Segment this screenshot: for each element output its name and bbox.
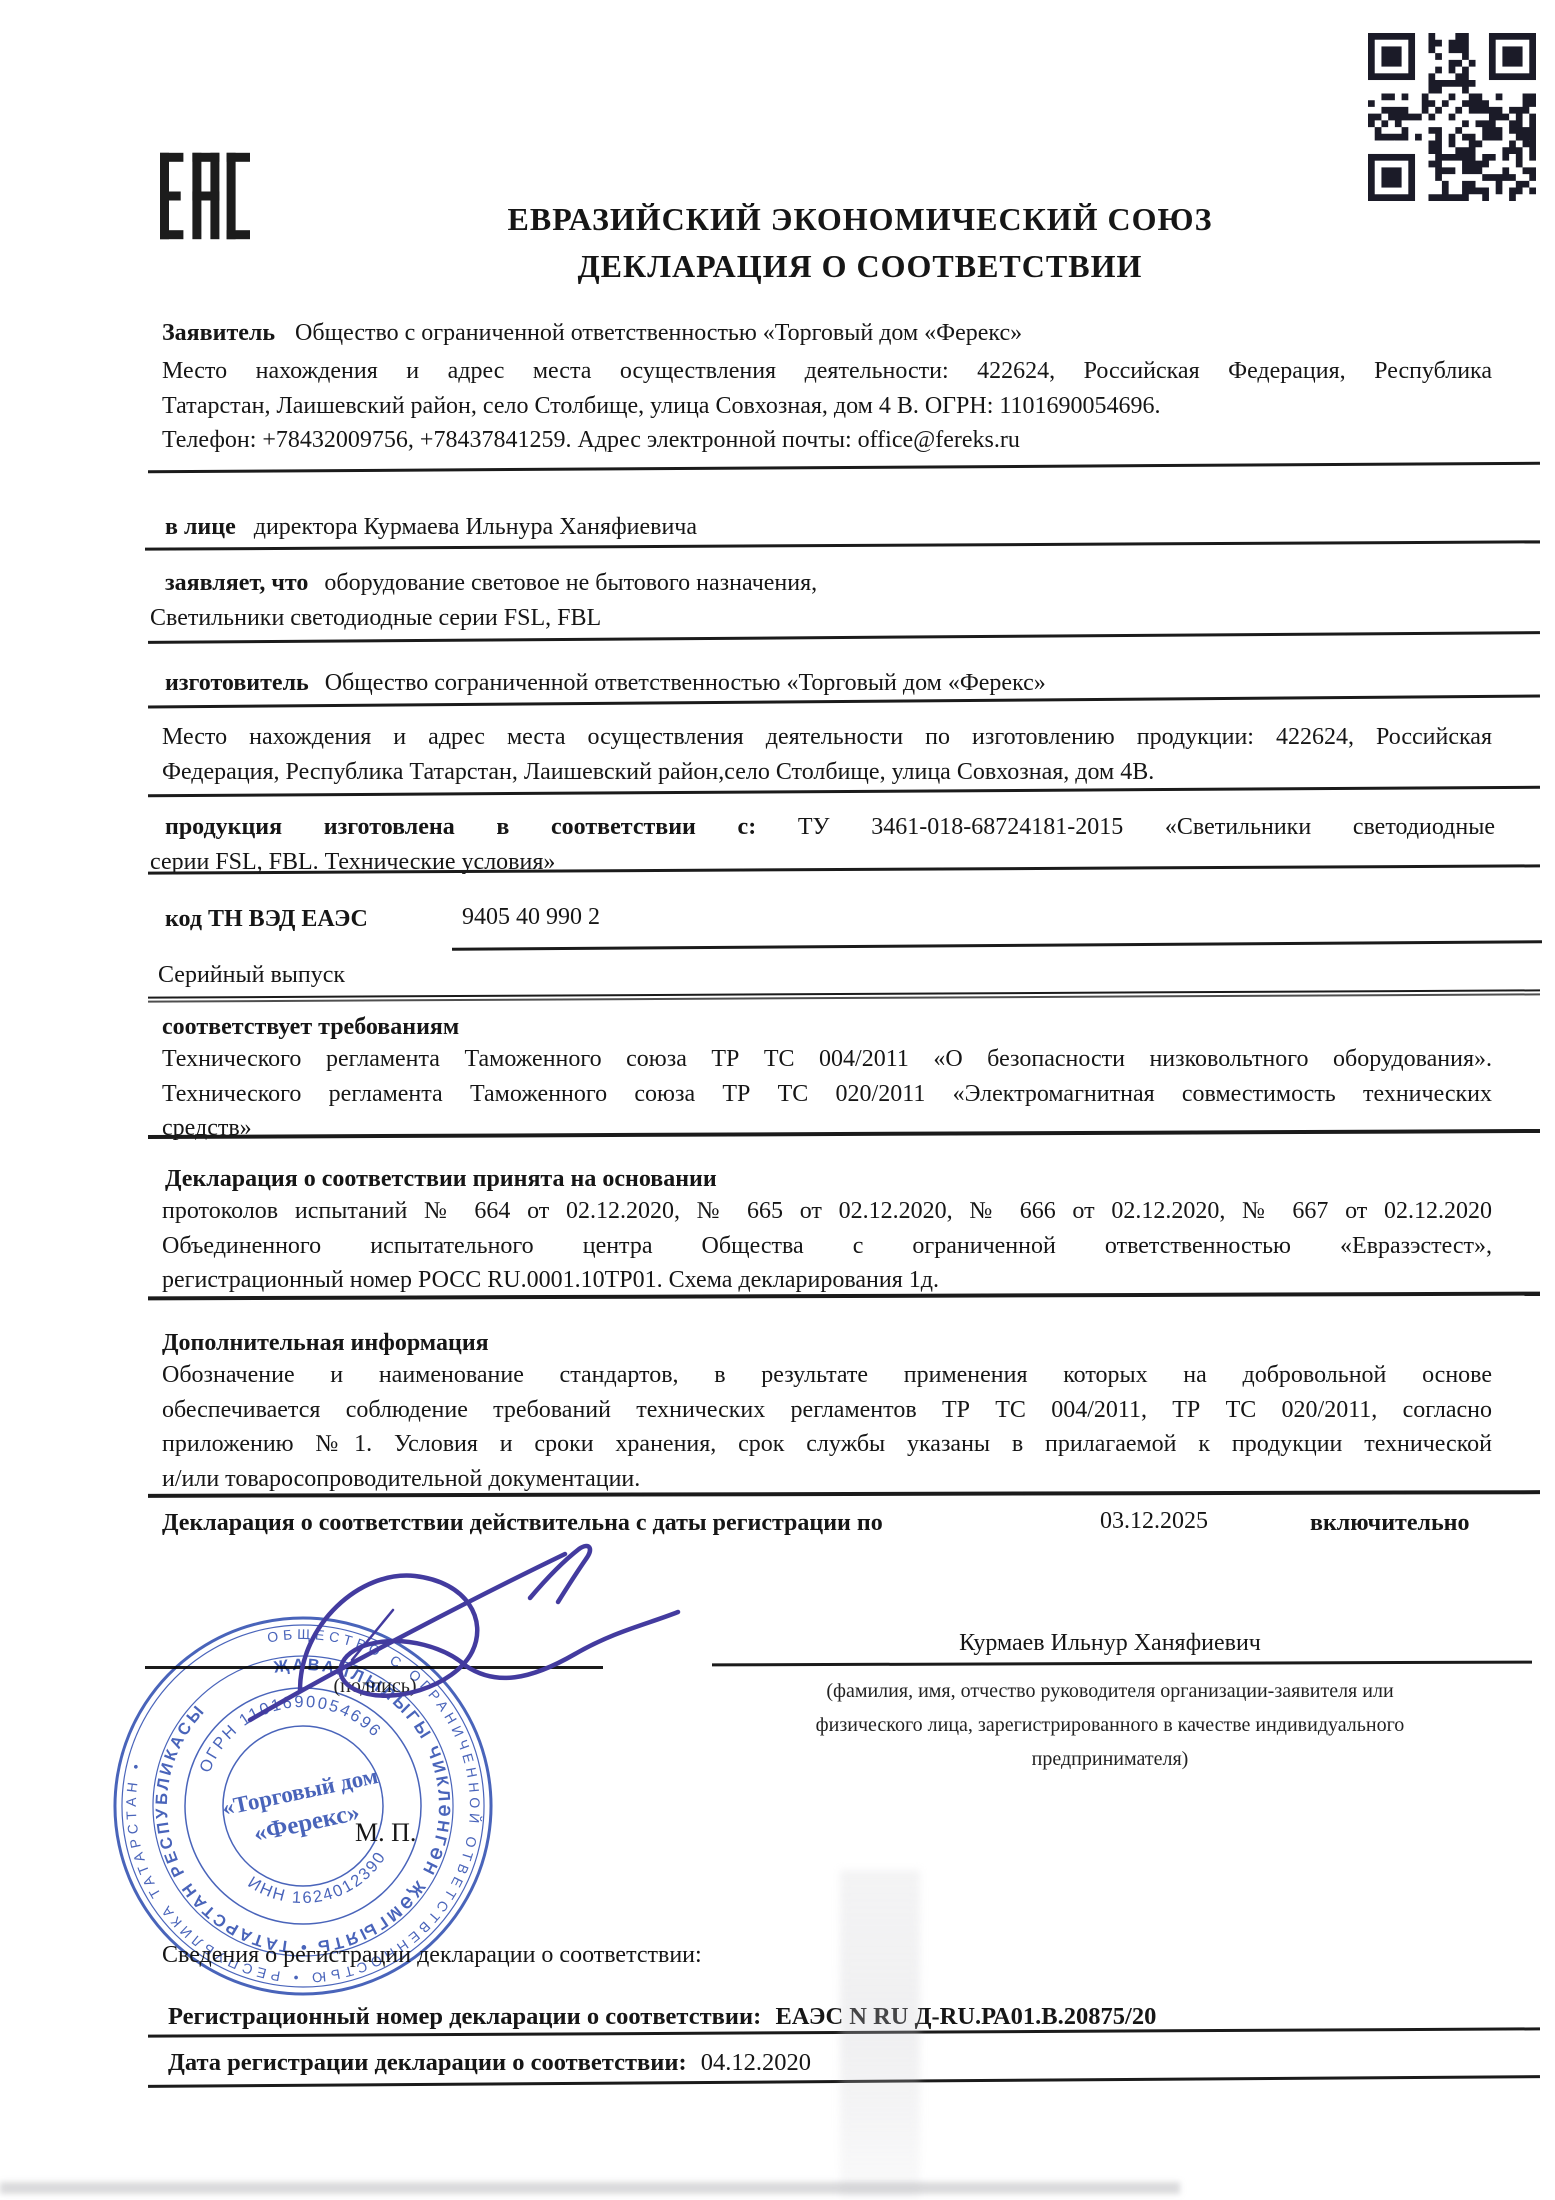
tn-ved-code: 9405 40 990 2 [462,900,600,935]
basis-line: протоколов испытаний № 664 от 02.12.2020… [162,1194,1492,1229]
scan-smudge [840,1870,920,2200]
manufacturer-address: Место нахождения и адрес места осуществл… [162,720,1492,789]
product-line: Светильники светодиодные серии FSL, FBL [150,601,601,636]
requirement-line: Технического регламента Таможенного союз… [162,1042,1492,1077]
manufacturer-address-line: Место нахождения и адрес места осуществл… [162,720,1492,755]
declares-row: заявляет, что оборудование световое не б… [165,566,817,601]
rule-after-applicant [148,462,1540,474]
rule-after-serial [148,989,1540,998]
validity-date: 03.12.2025 [1100,1504,1208,1539]
in-person-row: в лице директора Курмаева Ильнура Ханяфи… [165,510,697,545]
serial-issue: Серийный выпуск [158,958,345,993]
stamp-inn-text: ИНН 1624012390 [242,1845,397,1920]
head-name: Курмаев Ильнур Ханяфиевич [880,1626,1340,1661]
additional-label: Дополнительная информация [162,1326,489,1361]
svg-text:ИНН 1624012390: ИНН 1624012390 [242,1845,397,1920]
qr-finder-top-right [1489,33,1536,80]
basis-block: протоколов испытаний № 664 от 02.12.2020… [162,1194,1492,1298]
additional-line: Обозначение и наименование стандартов, в… [162,1358,1492,1393]
rule-head-name [712,1661,1532,1666]
registration-number-value: ЕАЭС N RU Д-RU.РА01.В.20875/20 [767,2003,1156,2030]
additional-block: Обозначение и наименование стандартов, в… [162,1358,1492,1496]
production-value: ТУ 3461-018-68724181-2015 «Светильники с… [798,814,1495,840]
validity-suffix: включительно [1310,1506,1469,1541]
registration-number-label: Регистрационный номер декларации о соотв… [168,2003,761,2030]
production-label: продукция изготовлена в соответствии с: [165,814,756,840]
applicant-label: Заявитель [162,320,289,346]
applicant-address-line: Место нахождения и адрес места осуществл… [162,354,1492,389]
registration-date-label: Дата регистрации декларации о соответств… [168,2049,687,2076]
handwritten-signature [230,1540,690,1730]
registration-date-value: 04.12.2020 [693,2049,811,2076]
applicant-address: Место нахождения и адрес места осуществл… [162,354,1492,458]
production-value-line2: серии FSL, FBL. Технические условия» [150,845,1495,880]
head-name-caption: (фамилия, имя, отчество руководителя орг… [690,1674,1530,1776]
applicant-row: Заявитель Общество с ограниченной ответс… [162,316,1022,351]
applicant-address-line: Татарстан, Лаишевский район, село Столби… [162,389,1492,424]
caption-line: предпринимателя) [690,1742,1530,1776]
qr-finder-bottom-left [1368,154,1415,201]
registration-date-row: Дата регистрации декларации о соответств… [168,2046,811,2081]
title-declaration: ДЕКЛАРАЦИЯ О СООТВЕТСТВИИ [430,243,1290,290]
applicant-contacts-line: Телефон: +78432009756, +78437841259. Адр… [162,423,1492,458]
declaration-document: ЕВРАЗИЙСКИЙ ЭКОНОМИЧЕСКИЙ СОЮЗ ДЕКЛАРАЦИ… [0,0,1555,2200]
registration-info-label: Сведения о регистрации декларации о соот… [162,1938,702,1973]
document-title: ЕВРАЗИЙСКИЙ ЭКОНОМИЧЕСКИЙ СОЮЗ ДЕКЛАРАЦИ… [430,196,1290,290]
requirement-line: Технического регламента Таможенного союз… [162,1077,1492,1112]
manufacturer-label: изготовитель [165,670,319,696]
basis-line: Объединенного испытательного центра Обще… [162,1229,1492,1264]
qr-finder-top-left [1368,33,1415,80]
basis-label: Декларация о соответствии принята на осн… [165,1162,717,1197]
qr-code-icon [1368,33,1536,206]
eac-mark-icon [160,148,250,249]
rule-tn-ved [452,940,1542,950]
title-union: ЕВРАЗИЙСКИЙ ЭКОНОМИЧЕСКИЙ СОЮЗ [430,196,1290,243]
tn-ved-label: код ТН ВЭД ЕАЭС [165,902,368,937]
declares-value: оборудование световое не бытового назнач… [324,570,817,596]
in-person-label: в лице [165,514,248,540]
in-person-value: директора Курмаева Ильнура Ханяфиевича [254,514,697,540]
additional-line: обеспечивается соблюдение требований тех… [162,1393,1492,1428]
requirement-line: средств» [162,1111,1492,1146]
stamp-place-label: М. П. [355,1818,416,1848]
manufacturer-address-line: Федерация, Республика Татарстан, Лаишевс… [162,755,1492,790]
caption-line: физического лица, зарегистрированного в … [690,1708,1530,1742]
scan-streak-bottom [0,2182,1180,2194]
caption-line: (фамилия, имя, отчество руководителя орг… [690,1674,1530,1708]
manufacturer-row: изготовитель Общество сограниченной отве… [165,666,1046,701]
validity-label: Декларация о соответствии действительна … [162,1506,883,1541]
declares-label: заявляет, что [165,570,318,596]
manufacturer-name: Общество сограниченной ответственностью … [325,670,1046,696]
applicant-name: Общество с ограниченной ответственностью… [295,320,1022,346]
additional-line: приложению №1. Условия и сроки хранения,… [162,1427,1492,1462]
requirements-label: соответствует требованиям [162,1010,459,1045]
